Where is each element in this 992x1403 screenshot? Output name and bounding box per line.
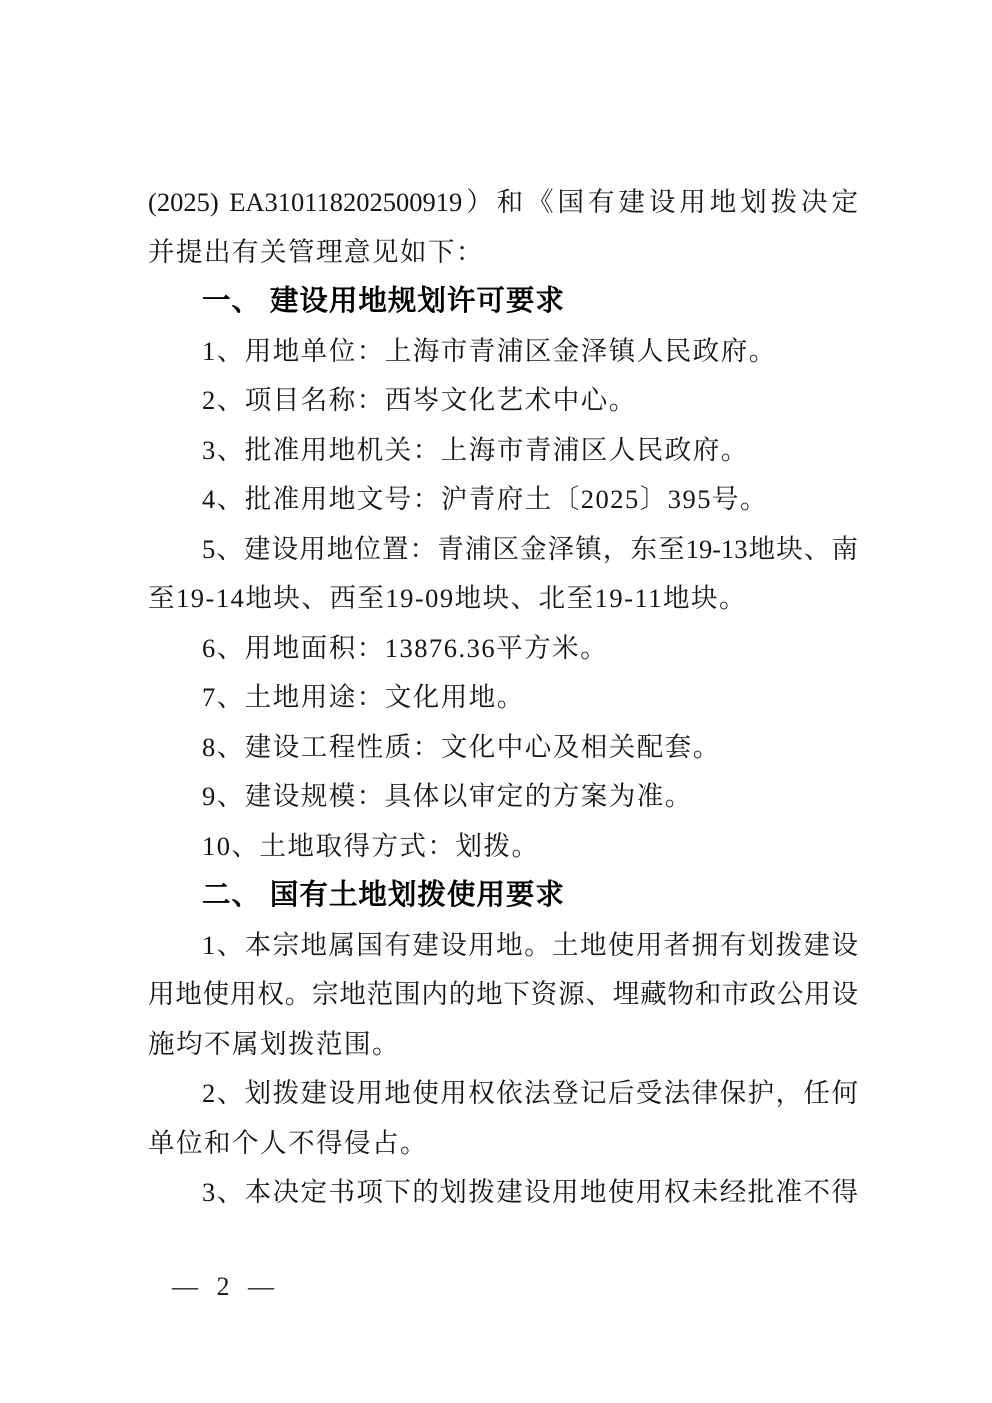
clause-1-line-1: 1、本宗地属国有建设用地。土地使用者拥有划拨建设: [148, 921, 858, 971]
clause-1-line-3: 施均不属划拨范围。: [148, 1020, 858, 1070]
clause-2-line-2: 单位和个人不得侵占。: [148, 1119, 858, 1169]
item-approval-document-number: 4、批准用地文号：沪青府土〔2025〕395号。: [148, 475, 858, 525]
clause-2-line-1: 2、划拨建设用地使用权依法登记后受法律保护，任何: [148, 1069, 858, 1119]
item-project-name: 2、项目名称：西岑文化艺术中心。: [148, 376, 858, 426]
item-land-user: 1、用地单位：上海市青浦区金泽镇人民政府。: [148, 327, 858, 377]
document-body: (2025) EA310118202500919）和《国有建设用地划拨决定书》,…: [148, 178, 858, 1218]
item-land-area: 6、用地面积：13876.36平方米。: [148, 624, 858, 674]
item-land-location-line-1: 5、建设用地位置：青浦区金泽镇，东至19-13地块、南: [148, 525, 858, 575]
page-number: — 2 —: [172, 1272, 276, 1302]
item-land-acquisition-method: 10、土地取得方式：划拨。: [148, 822, 858, 872]
clause-1-line-2: 用地使用权。宗地范围内的地下资源、埋藏物和市政公用设: [148, 970, 858, 1020]
intro-line: 并提出有关管理意见如下：: [148, 228, 858, 278]
section-1-heading: 一、 建设用地规划许可要求: [148, 277, 858, 327]
item-land-use: 7、土地用途：文化用地。: [148, 673, 858, 723]
continuation-line-certificate-numbers: (2025) EA310118202500919）和《国有建设用地划拨决定书》,: [148, 178, 858, 228]
item-construction-scale: 9、建设规模：具体以审定的方案为准。: [148, 772, 858, 822]
clause-3-line-1: 3、本决定书项下的划拨建设用地使用权未经批准不得: [148, 1168, 858, 1218]
item-approval-authority: 3、批准用地机关：上海市青浦区人民政府。: [148, 426, 858, 476]
document-page: (2025) EA310118202500919）和《国有建设用地划拨决定书》,…: [0, 0, 992, 1403]
section-2-heading: 二、 国有土地划拨使用要求: [148, 871, 858, 921]
item-land-location-line-2: 至19-14地块、西至19-09地块、北至19-11地块。: [148, 574, 858, 624]
item-project-nature: 8、建设工程性质：文化中心及相关配套。: [148, 723, 858, 773]
